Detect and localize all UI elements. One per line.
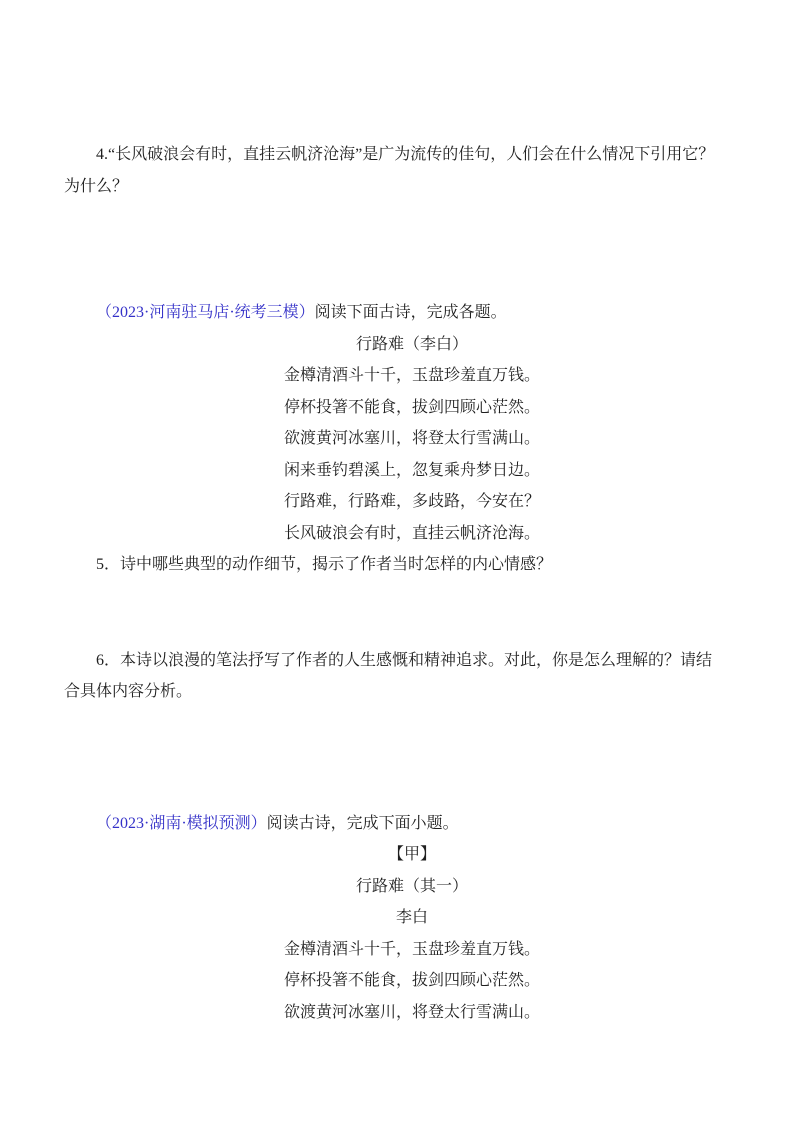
poem-line: 金樽清酒斗十千，玉盘珍羞直万钱。 (64, 934, 760, 966)
section-2-heading: （2023·湖南·模拟预测）阅读古诗，完成下面小题。 (64, 808, 760, 840)
document-page: 4.“长风破浪会有时，直挂云帆济沧海”是广为流传的佳句，人们会在什么情况下引用它… (0, 0, 793, 1122)
poem-line: 欲渡黄河冰塞川，将登太行雪满山。 (64, 423, 760, 455)
question-6-line-2: 合具体内容分析。 (64, 676, 760, 708)
question-4-line-1: 4.“长风破浪会有时，直挂云帆济沧海”是广为流传的佳句，人们会在什么情况下引用它… (64, 139, 760, 171)
poem-line: 闲来垂钓碧溪上，忽复乘舟梦日边。 (64, 455, 760, 487)
question-4-line-2: 为什么？ (64, 171, 760, 203)
poem-title-2: 行路难（其一） (64, 871, 760, 903)
question-6: 6．本诗以浪漫的笔法抒写了作者的人生感慨和精神追求。对此，你是怎么理解的？请结 … (64, 645, 760, 708)
question-6-line-1: 6．本诗以浪漫的笔法抒写了作者的人生感慨和精神追求。对此，你是怎么理解的？请结 (64, 645, 760, 677)
question-5: 5．诗中哪些典型的动作细节，揭示了作者当时怎样的内心情感？ (64, 549, 760, 581)
poem-author-2: 李白 (64, 902, 760, 934)
section-2: （2023·湖南·模拟预测）阅读古诗，完成下面小题。 【甲】 行路难（其一） 李… (64, 808, 760, 1029)
reading-instruction-2: 阅读古诗，完成下面小题。 (267, 815, 459, 832)
section-1-heading: （2023·河南驻马店·统考三模）阅读下面古诗，完成各题。 (64, 297, 760, 329)
poem-line: 停杯投箸不能食，拔剑四顾心茫然。 (64, 965, 760, 997)
poem-line: 金樽清酒斗十千，玉盘珍羞直万钱。 (64, 360, 760, 392)
document-content: 4.“长风破浪会有时，直挂云帆济沧海”是广为流传的佳句，人们会在什么情况下引用它… (0, 0, 793, 1028)
poem-line: 行路难，行路难，多歧路，今安在？ (64, 486, 760, 518)
poem-line: 停杯投箸不能食，拔剑四顾心茫然。 (64, 392, 760, 424)
answer-space-question-4 (64, 202, 760, 297)
reading-instruction-1: 阅读下面古诗，完成各题。 (315, 304, 507, 321)
poem-line: 长风破浪会有时，直挂云帆济沧海。 (64, 518, 760, 550)
section-label-jia: 【甲】 (64, 839, 760, 871)
source-tag-1: （2023·河南驻马店·统考三模） (96, 304, 315, 321)
answer-space-question-6 (64, 708, 760, 808)
poem-title-1: 行路难（李白） (64, 329, 760, 361)
answer-space-question-5 (64, 581, 760, 645)
section-1: （2023·河南驻马店·统考三模）阅读下面古诗，完成各题。 行路难（李白） 金樽… (64, 297, 760, 581)
question-4: 4.“长风破浪会有时，直挂云帆济沧海”是广为流传的佳句，人们会在什么情况下引用它… (64, 139, 760, 202)
poem-line: 欲渡黄河冰塞川，将登太行雪满山。 (64, 997, 760, 1029)
source-tag-2: （2023·湖南·模拟预测） (96, 815, 267, 832)
